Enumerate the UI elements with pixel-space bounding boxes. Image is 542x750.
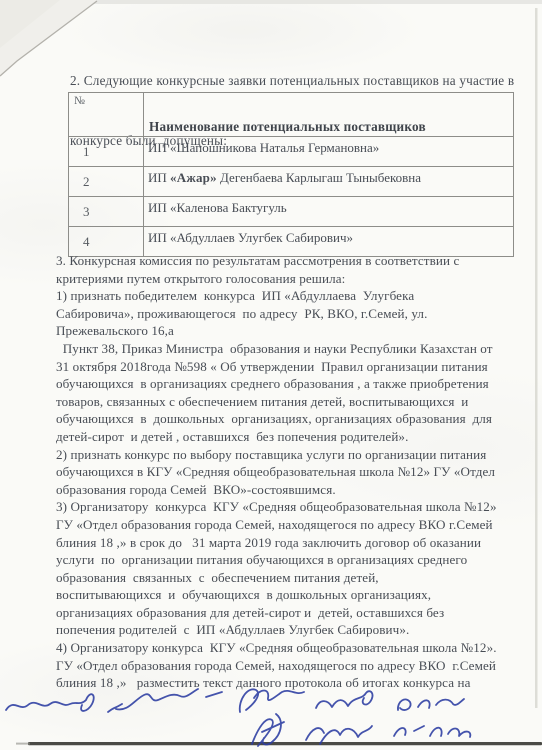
signature-4-upper bbox=[316, 691, 373, 708]
decision-line: воспитывающихся и обучающихся в дошкольн… bbox=[56, 586, 497, 604]
decision-line: блиния 18 ,» разместить текст данного пр… bbox=[56, 674, 497, 692]
decision-line: 1) признать победителем конкурса ИП «Абд… bbox=[56, 287, 497, 305]
signature-5-upper bbox=[398, 699, 464, 710]
scan-right-edge bbox=[535, 8, 538, 708]
signature-4-lower bbox=[306, 726, 372, 744]
decision-line: 3. Конкурсная комиссия по результатам ра… bbox=[56, 252, 497, 270]
decision-paragraph: 3. Конкурсная комиссия по результатам ра… bbox=[56, 252, 497, 692]
decision-line: организациях образования для детей-сирот… bbox=[56, 604, 497, 622]
supplier-name-text: ИП bbox=[148, 200, 170, 215]
decision-line: 3) Организатору конкурса КГУ «Средняя об… bbox=[56, 498, 497, 516]
decision-line: ГУ «Отдел образования города Семей, нахо… bbox=[56, 657, 497, 675]
decision-line: Сабировича», проживающегося по адресу РК… bbox=[56, 305, 497, 323]
table-header-row: № Наименование потенциальных поставщиков bbox=[69, 93, 514, 137]
decision-line: услуги по организации питания обучающихс… bbox=[56, 551, 497, 569]
decision-line: 31 октября 2018года №598 « Об утверждени… bbox=[56, 358, 497, 376]
decision-line: обучающихся в организациях среднего обра… bbox=[56, 375, 497, 393]
table-row: 2 ИП «Ажар» Дегенбаева Карлыгаш Тыныбеко… bbox=[69, 167, 514, 197]
decision-line: образования связанных с обеспечением пит… bbox=[56, 569, 497, 587]
signature-5-lower bbox=[394, 726, 470, 737]
row-number: 3 bbox=[69, 197, 144, 227]
supplier-name-rest: Дегенбаева Карлыгаш Тыныбековна bbox=[217, 170, 421, 185]
signature-3-upper bbox=[240, 689, 304, 712]
table-row: 3 ИП «Каленова Бактугуль bbox=[69, 197, 514, 227]
signature-2-dash bbox=[206, 692, 222, 697]
supplier-name-rest: «Шапошникова Наталья Германовна» bbox=[170, 140, 379, 155]
decision-line: детей-сирот и детей , оставшихся без поп… bbox=[56, 428, 497, 446]
supplier-name-text: ИП bbox=[148, 230, 170, 245]
signature-2 bbox=[108, 689, 198, 712]
scan-bottom-edge bbox=[28, 742, 542, 745]
decision-line: попечения родителей с ИП «Абдуллаев Улуг… bbox=[56, 621, 497, 639]
intro-line-1: 2. Следующие конкурсные заявки потенциал… bbox=[70, 71, 514, 91]
supplier-name-bold: «Ажар» bbox=[170, 170, 217, 185]
signature-1 bbox=[6, 694, 94, 711]
supplier-name-rest: «Каленова Бактугуль bbox=[170, 200, 287, 215]
decision-line: блиния 18 ,» в срок до 31 марта 2019 год… bbox=[56, 534, 497, 552]
supplier-name: ИП «Шапошникова Наталья Германовна» bbox=[144, 137, 514, 167]
scanned-document-page: 2. Следующие конкурсные заявки потенциал… bbox=[0, 0, 542, 750]
page-corner-fold-shade bbox=[0, 0, 60, 48]
supplier-name-text: ИП bbox=[148, 170, 170, 185]
decision-line: Пункт 38, Приказ Министра образования и … bbox=[56, 340, 497, 358]
signature-3-lower bbox=[252, 714, 284, 746]
decision-line: критериями путем открытого голосования р… bbox=[56, 270, 497, 288]
decision-line: 2) признать конкурс по выбору поставщика… bbox=[56, 446, 497, 464]
decision-line: обучающихся в дошкольных организациях, о… bbox=[56, 410, 497, 428]
decision-line: товаров, связанных с обеспечением питани… bbox=[56, 393, 497, 411]
decision-line: Прежевальского 16,а bbox=[56, 322, 497, 340]
supplier-name-text: ИП bbox=[148, 140, 170, 155]
suppliers-table: № Наименование потенциальных поставщиков… bbox=[68, 92, 514, 257]
supplier-name: ИП «Каленова Бактугуль bbox=[144, 197, 514, 227]
decision-line: ГУ «Отдел образования города Семей, нахо… bbox=[56, 516, 497, 534]
row-number: 2 bbox=[69, 167, 144, 197]
scan-bottom-edge-fade bbox=[16, 743, 30, 745]
supplier-name: ИП «Ажар» Дегенбаева Карлыгаш Тыныбековн… bbox=[144, 167, 514, 197]
row-number: 1 bbox=[69, 137, 144, 167]
column-header-number: № bbox=[69, 93, 144, 137]
decision-line: образования города Семей ВКО»-состоявшим… bbox=[56, 481, 497, 499]
decision-line: 4) Организатору конкурса КГУ «Средняя об… bbox=[56, 639, 497, 657]
supplier-name-rest: «Абдуллаев Улугбек Сабирович» bbox=[170, 230, 353, 245]
decision-line: обучающихся в КГУ «Средняя общеобразоват… bbox=[56, 463, 497, 481]
table-row: 1 ИП «Шапошникова Наталья Германовна» bbox=[69, 137, 514, 167]
column-header-suppliers: Наименование потенциальных поставщиков bbox=[144, 93, 514, 137]
scan-top-edge bbox=[0, 0, 542, 4]
